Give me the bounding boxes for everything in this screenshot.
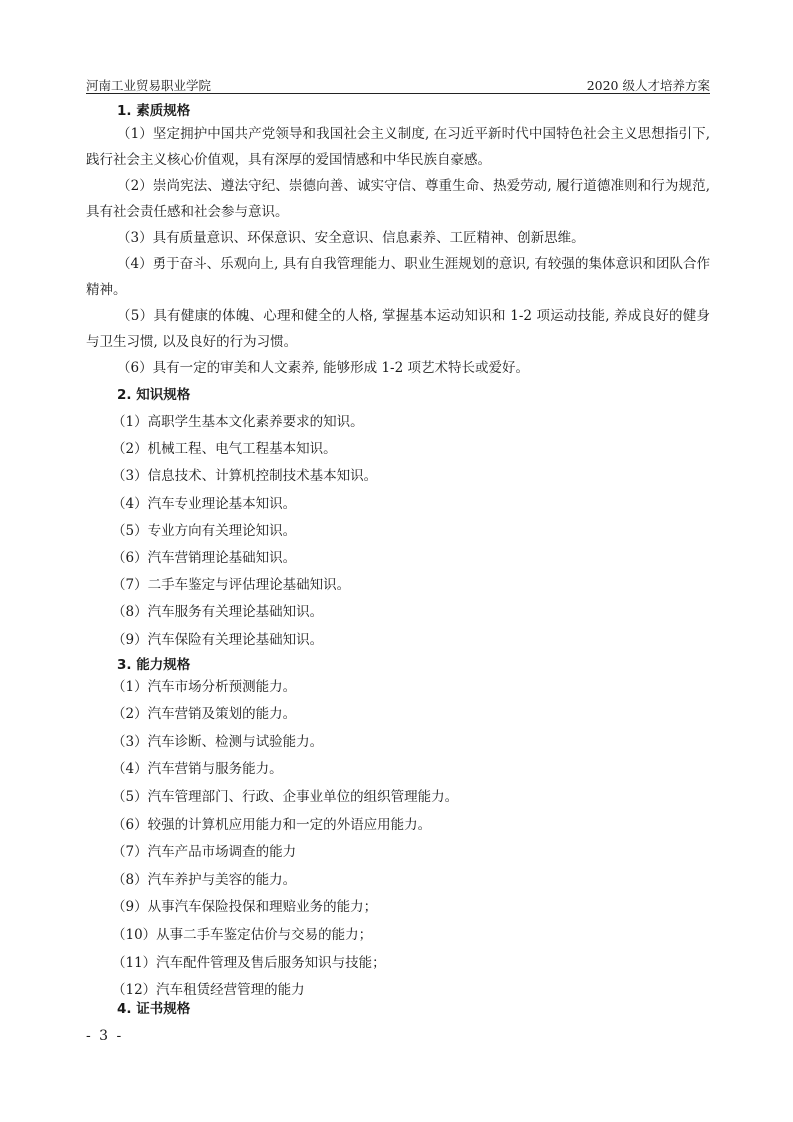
- list-item: （6）较强的计算机应用能力和一定的外语应用能力。: [86, 812, 710, 840]
- list-item: （4）汽车专业理论基本知识。: [86, 491, 710, 518]
- list-item: （6）汽车营销理论基础知识。: [86, 545, 710, 572]
- list-item: （10）从事二手车鉴定估价与交易的能力；: [86, 922, 710, 950]
- list-item: （3）汽车诊断、检测与试验能力。: [86, 729, 710, 757]
- list-item: （5）汽车管理部门、行政、企事业单位的组织管理能力。: [86, 784, 710, 812]
- section-heading: 1. 素质规格: [86, 101, 710, 121]
- paragraph: （4）勇于奋斗、乐观向上, 具有自我管理能力、职业生涯规划的意识, 有较强的集体…: [86, 251, 710, 303]
- header-document-title: 2020 级人才培养方案: [587, 76, 710, 94]
- paragraph: （2）崇尚宪法、遵法守纪、崇德向善、诚实守信、尊重生命、热爱劳动, 履行道德准则…: [86, 173, 710, 225]
- page-header: 河南工业贸易职业学院 2020 级人才培养方案: [86, 76, 710, 94]
- page-number: - 3 -: [86, 1028, 123, 1044]
- paragraph: （3）具有质量意识、环保意识、安全意识、信息素养、工匠精神、创新思维。: [86, 225, 710, 251]
- list-item: （9）汽车保险有关理论基础知识。: [86, 627, 710, 654]
- list-item: （7）二手车鉴定与评估理论基础知识。: [86, 572, 710, 599]
- section-ability-spec: 3. 能力规格 （1）汽车市场分析预测能力。 （2）汽车营销及策划的能力。 （3…: [86, 656, 710, 1005]
- list-item: （8）汽车服务有关理论基础知识。: [86, 599, 710, 626]
- section-knowledge-spec: 2. 知识规格 （1）高职学生基本文化素养要求的知识。 （2）机械工程、电气工程…: [86, 385, 710, 654]
- list-item: （3）信息技术、计算机控制技术基本知识。: [86, 463, 710, 490]
- section-quality-spec: 1. 素质规格 （1）坚定拥护中国共产党领导和我国社会主义制度, 在习近平新时代…: [86, 101, 710, 381]
- section-heading: 3. 能力规格: [86, 656, 710, 674]
- header-institution: 河南工业贸易职业学院: [86, 76, 211, 94]
- section-heading: 2. 知识规格: [86, 385, 710, 405]
- section-heading: 4. 证书规格: [86, 999, 710, 1019]
- list-item: （11）汽车配件管理及售后服务知识与技能；: [86, 950, 710, 978]
- section-certificate-spec: 4. 证书规格: [86, 999, 710, 1019]
- list-item: （9）从事汽车保险投保和理赔业务的能力；: [86, 894, 710, 922]
- list-item: （7）汽车产品市场调查的能力: [86, 839, 710, 867]
- list-item: （8）汽车养护与美容的能力。: [86, 867, 710, 895]
- paragraph: （1）坚定拥护中国共产党领导和我国社会主义制度, 在习近平新时代中国特色社会主义…: [86, 121, 710, 173]
- list-item: （4）汽车营销与服务能力。: [86, 756, 710, 784]
- list-item: （2）机械工程、电气工程基本知识。: [86, 436, 710, 463]
- list-item: （2）汽车营销及策划的能力。: [86, 701, 710, 729]
- list-item: （1）汽车市场分析预测能力。: [86, 674, 710, 702]
- paragraph: （6）具有一定的审美和人文素养, 能够形成 1-2 项艺术特长或爱好。: [86, 355, 710, 381]
- list-item: （1）高职学生基本文化素养要求的知识。: [86, 409, 710, 436]
- list-item: （5）专业方向有关理论知识。: [86, 518, 710, 545]
- paragraph: （5）具有健康的体魄、心理和健全的人格, 掌握基本运动知识和 1-2 项运动技能…: [86, 303, 710, 355]
- page-content: 1. 素质规格 （1）坚定拥护中国共产党领导和我国社会主义制度, 在习近平新时代…: [86, 101, 710, 1019]
